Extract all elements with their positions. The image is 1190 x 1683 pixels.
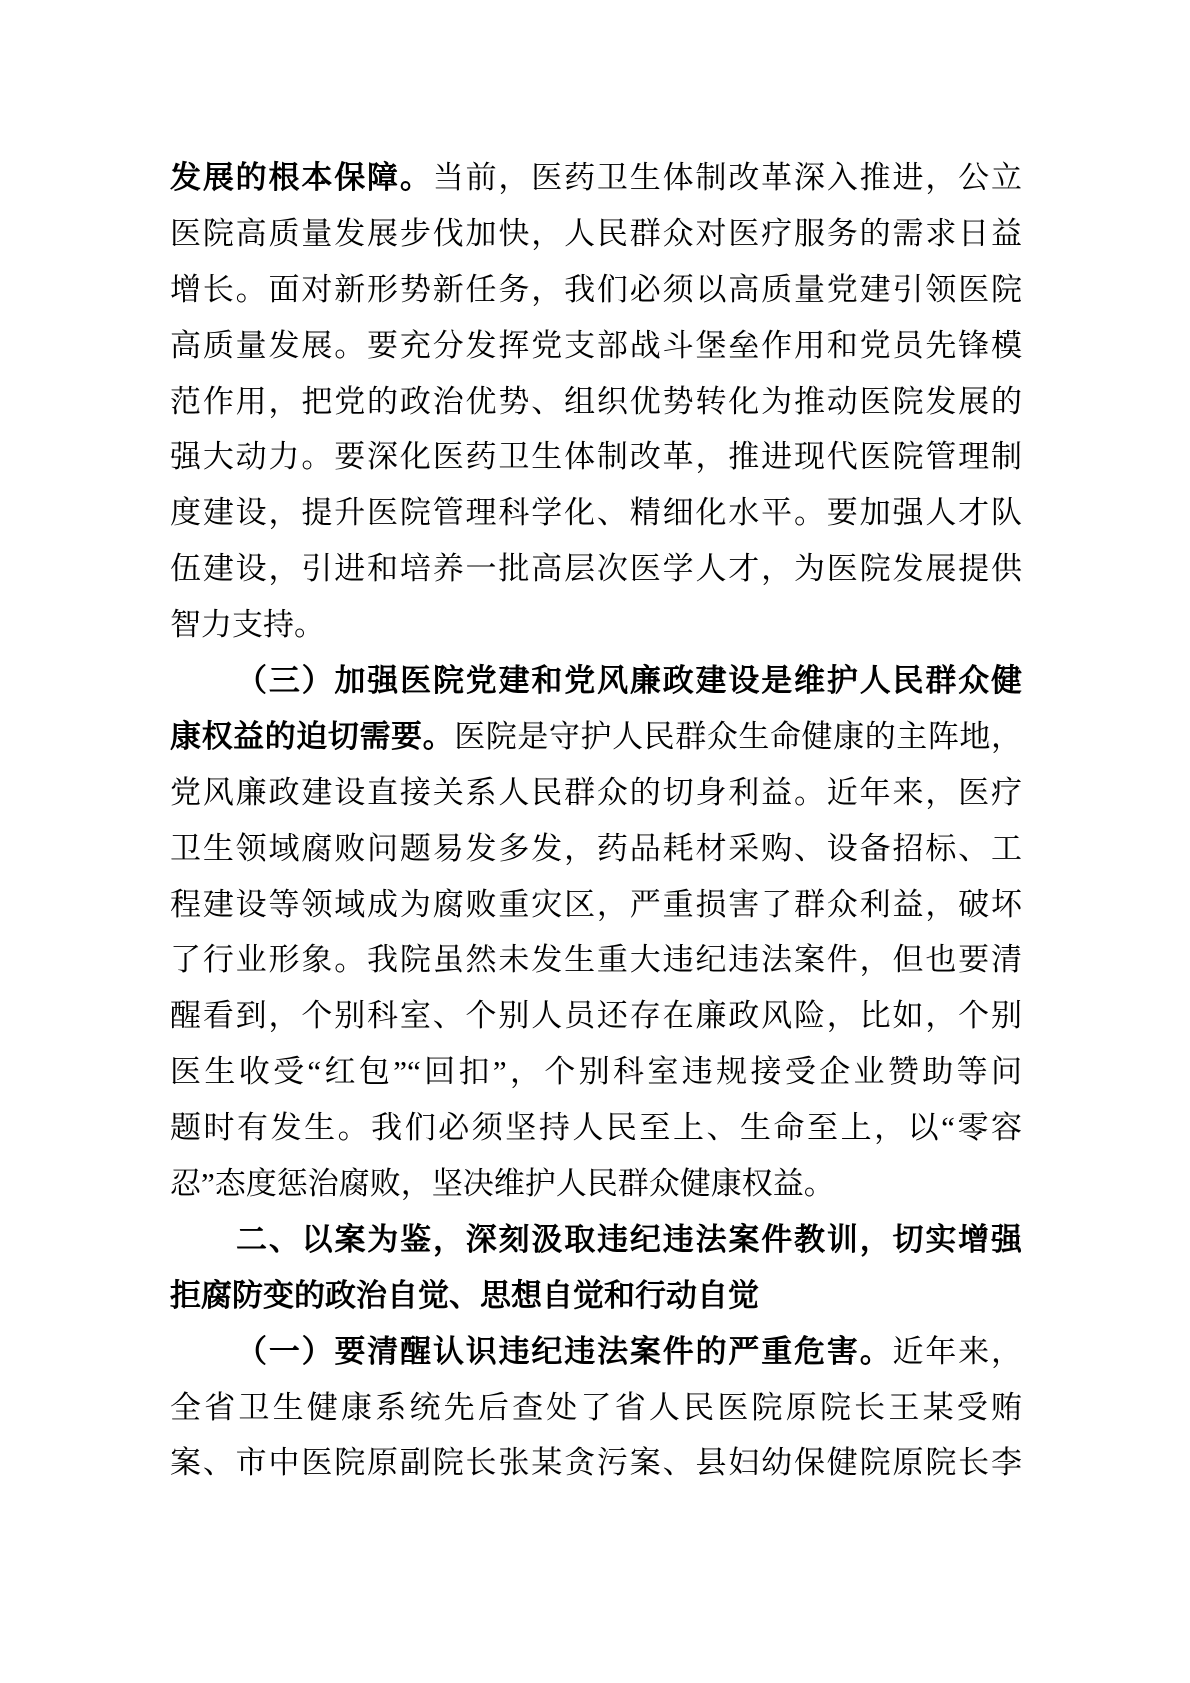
text-line: 题时有发生。我们必须坚持人民至上、生命至上，以“零容: [170, 1100, 1022, 1156]
text-line: 医生收受“红包”“回扣”，个别科室违规接受企业赞助等问: [170, 1044, 1022, 1100]
text-line: 党风廉政建设直接关系人民群众的切身利益。近年来，医疗: [170, 765, 1022, 821]
text-line: 康权益的迫切需要。医院是守护人民群众生命健康的主阵地，: [170, 709, 1022, 765]
text-line: 醒看到，个别科室、个别人员还存在廉政风险，比如，个别: [170, 988, 1022, 1044]
text-line: 智力支持。: [170, 597, 1022, 653]
text-segment-lead: 康权益的迫切需要。: [170, 719, 454, 754]
document-content: 发展的根本保障。当前，医药卫生体制改革深入推进，公立医院高质量发展步伐加快，人民…: [170, 150, 1022, 1491]
document-page: 发展的根本保障。当前，医药卫生体制改革深入推进，公立医院高质量发展步伐加快，人民…: [0, 0, 1190, 1683]
text-line: 医院高质量发展步伐加快，人民群众对医疗服务的需求日益: [170, 206, 1022, 262]
text-segment-body: 强大动力。要深化医药卫生体制改革，推进现代医院管理制: [170, 439, 1022, 474]
text-line: 发展的根本保障。当前，医药卫生体制改革深入推进，公立: [170, 150, 1022, 206]
text-segment-body: 智力支持。: [170, 607, 325, 642]
text-line: 增长。面对新形势新任务，我们必须以高质量党建引领医院: [170, 262, 1022, 318]
text-segment-body: 伍建设，引进和培养一批高层次医学人才，为医院发展提供: [170, 551, 1022, 586]
text-segment-lead: 发展的根本保障。: [170, 160, 433, 195]
text-segment-body: 当前，医药卫生体制改革深入推进，公立: [433, 160, 1022, 195]
text-line: 程建设等领域成为腐败重灾区，严重损害了群众利益，破坏: [170, 877, 1022, 933]
text-line: 度建设，提升医院管理科学化、精细化水平。要加强人才队: [170, 485, 1022, 541]
text-line: 范作用，把党的政治优势、组织优势转化为推动医院发展的: [170, 374, 1022, 430]
text-segment-body: 医院高质量发展步伐加快，人民群众对医疗服务的需求日益: [170, 216, 1022, 251]
text-line: 伍建设，引进和培养一批高层次医学人才，为医院发展提供: [170, 541, 1022, 597]
text-segment-body: 案、市中医院原副院长张某贪污案、县妇幼保健院原院长李: [170, 1445, 1022, 1480]
text-segment-lead: （一）要清醒认识违纪违法案件的严重危害。: [236, 1334, 893, 1369]
text-segment-body: 醒看到，个别科室、个别人员还存在廉政风险，比如，个别: [170, 998, 1022, 1033]
text-line: （三）加强医院党建和党风廉政建设是维护人民群众健: [170, 653, 1022, 709]
text-line: 卫生领域腐败问题易发多发，药品耗材采购、设备招标、工: [170, 821, 1022, 877]
text-segment-body: 卫生领域腐败问题易发多发，药品耗材采购、设备招标、工: [170, 831, 1022, 866]
text-segment-body: 增长。面对新形势新任务，我们必须以高质量党建引领医院: [170, 272, 1022, 307]
text-segment-body: 范作用，把党的政治优势、组织优势转化为推动医院发展的: [170, 384, 1022, 419]
text-segment-body: 党风廉政建设直接关系人民群众的切身利益。近年来，医疗: [170, 775, 1022, 810]
text-line: 拒腐防变的政治自觉、思想自觉和行动自觉: [170, 1268, 1022, 1324]
text-line: 忍”态度惩治腐败，坚决维护人民群众健康权益。: [170, 1156, 1022, 1212]
text-segment-body: 忍”态度惩治腐败，坚决维护人民群众健康权益。: [170, 1166, 835, 1201]
text-segment-body: 程建设等领域成为腐败重灾区，严重损害了群众利益，破坏: [170, 887, 1022, 922]
text-segment-body: 高质量发展。要充分发挥党支部战斗堡垒作用和党员先锋模: [170, 328, 1022, 363]
text-segment-heading: 拒腐防变的政治自觉、思想自觉和行动自觉: [170, 1278, 759, 1313]
text-line: 二、以案为鉴，深刻汲取违纪违法案件教训，切实增强: [170, 1212, 1022, 1268]
text-line: 案、市中医院原副院长张某贪污案、县妇幼保健院原院长李: [170, 1435, 1022, 1491]
text-segment-heading: 二、以案为鉴，深刻汲取违纪违法案件教训，切实增强: [236, 1222, 1022, 1257]
text-segment-body: 医院是守护人民群众生命健康的主阵地，: [454, 719, 1022, 754]
text-segment-body: 医生收受“红包”“回扣”，个别科室违规接受企业赞助等问: [170, 1054, 1022, 1089]
text-line: 全省卫生健康系统先后查处了省人民医院原院长王某受贿: [170, 1380, 1022, 1436]
text-segment-body: 近年来，: [893, 1334, 1022, 1369]
text-segment-body: 题时有发生。我们必须坚持人民至上、生命至上，以“零容: [170, 1110, 1022, 1145]
text-segment-body: 了行业形象。我院虽然未发生重大违纪违法案件，但也要清: [170, 942, 1022, 977]
text-line: 了行业形象。我院虽然未发生重大违纪违法案件，但也要清: [170, 932, 1022, 988]
text-line: 强大动力。要深化医药卫生体制改革，推进现代医院管理制: [170, 429, 1022, 485]
text-segment-lead: （三）加强医院党建和党风廉政建设是维护人民群众健: [236, 663, 1022, 698]
text-line: 高质量发展。要充分发挥党支部战斗堡垒作用和党员先锋模: [170, 318, 1022, 374]
text-segment-body: 度建设，提升医院管理科学化、精细化水平。要加强人才队: [170, 495, 1022, 530]
text-line: （一）要清醒认识违纪违法案件的严重危害。近年来，: [170, 1324, 1022, 1380]
text-segment-body: 全省卫生健康系统先后查处了省人民医院原院长王某受贿: [170, 1390, 1022, 1425]
